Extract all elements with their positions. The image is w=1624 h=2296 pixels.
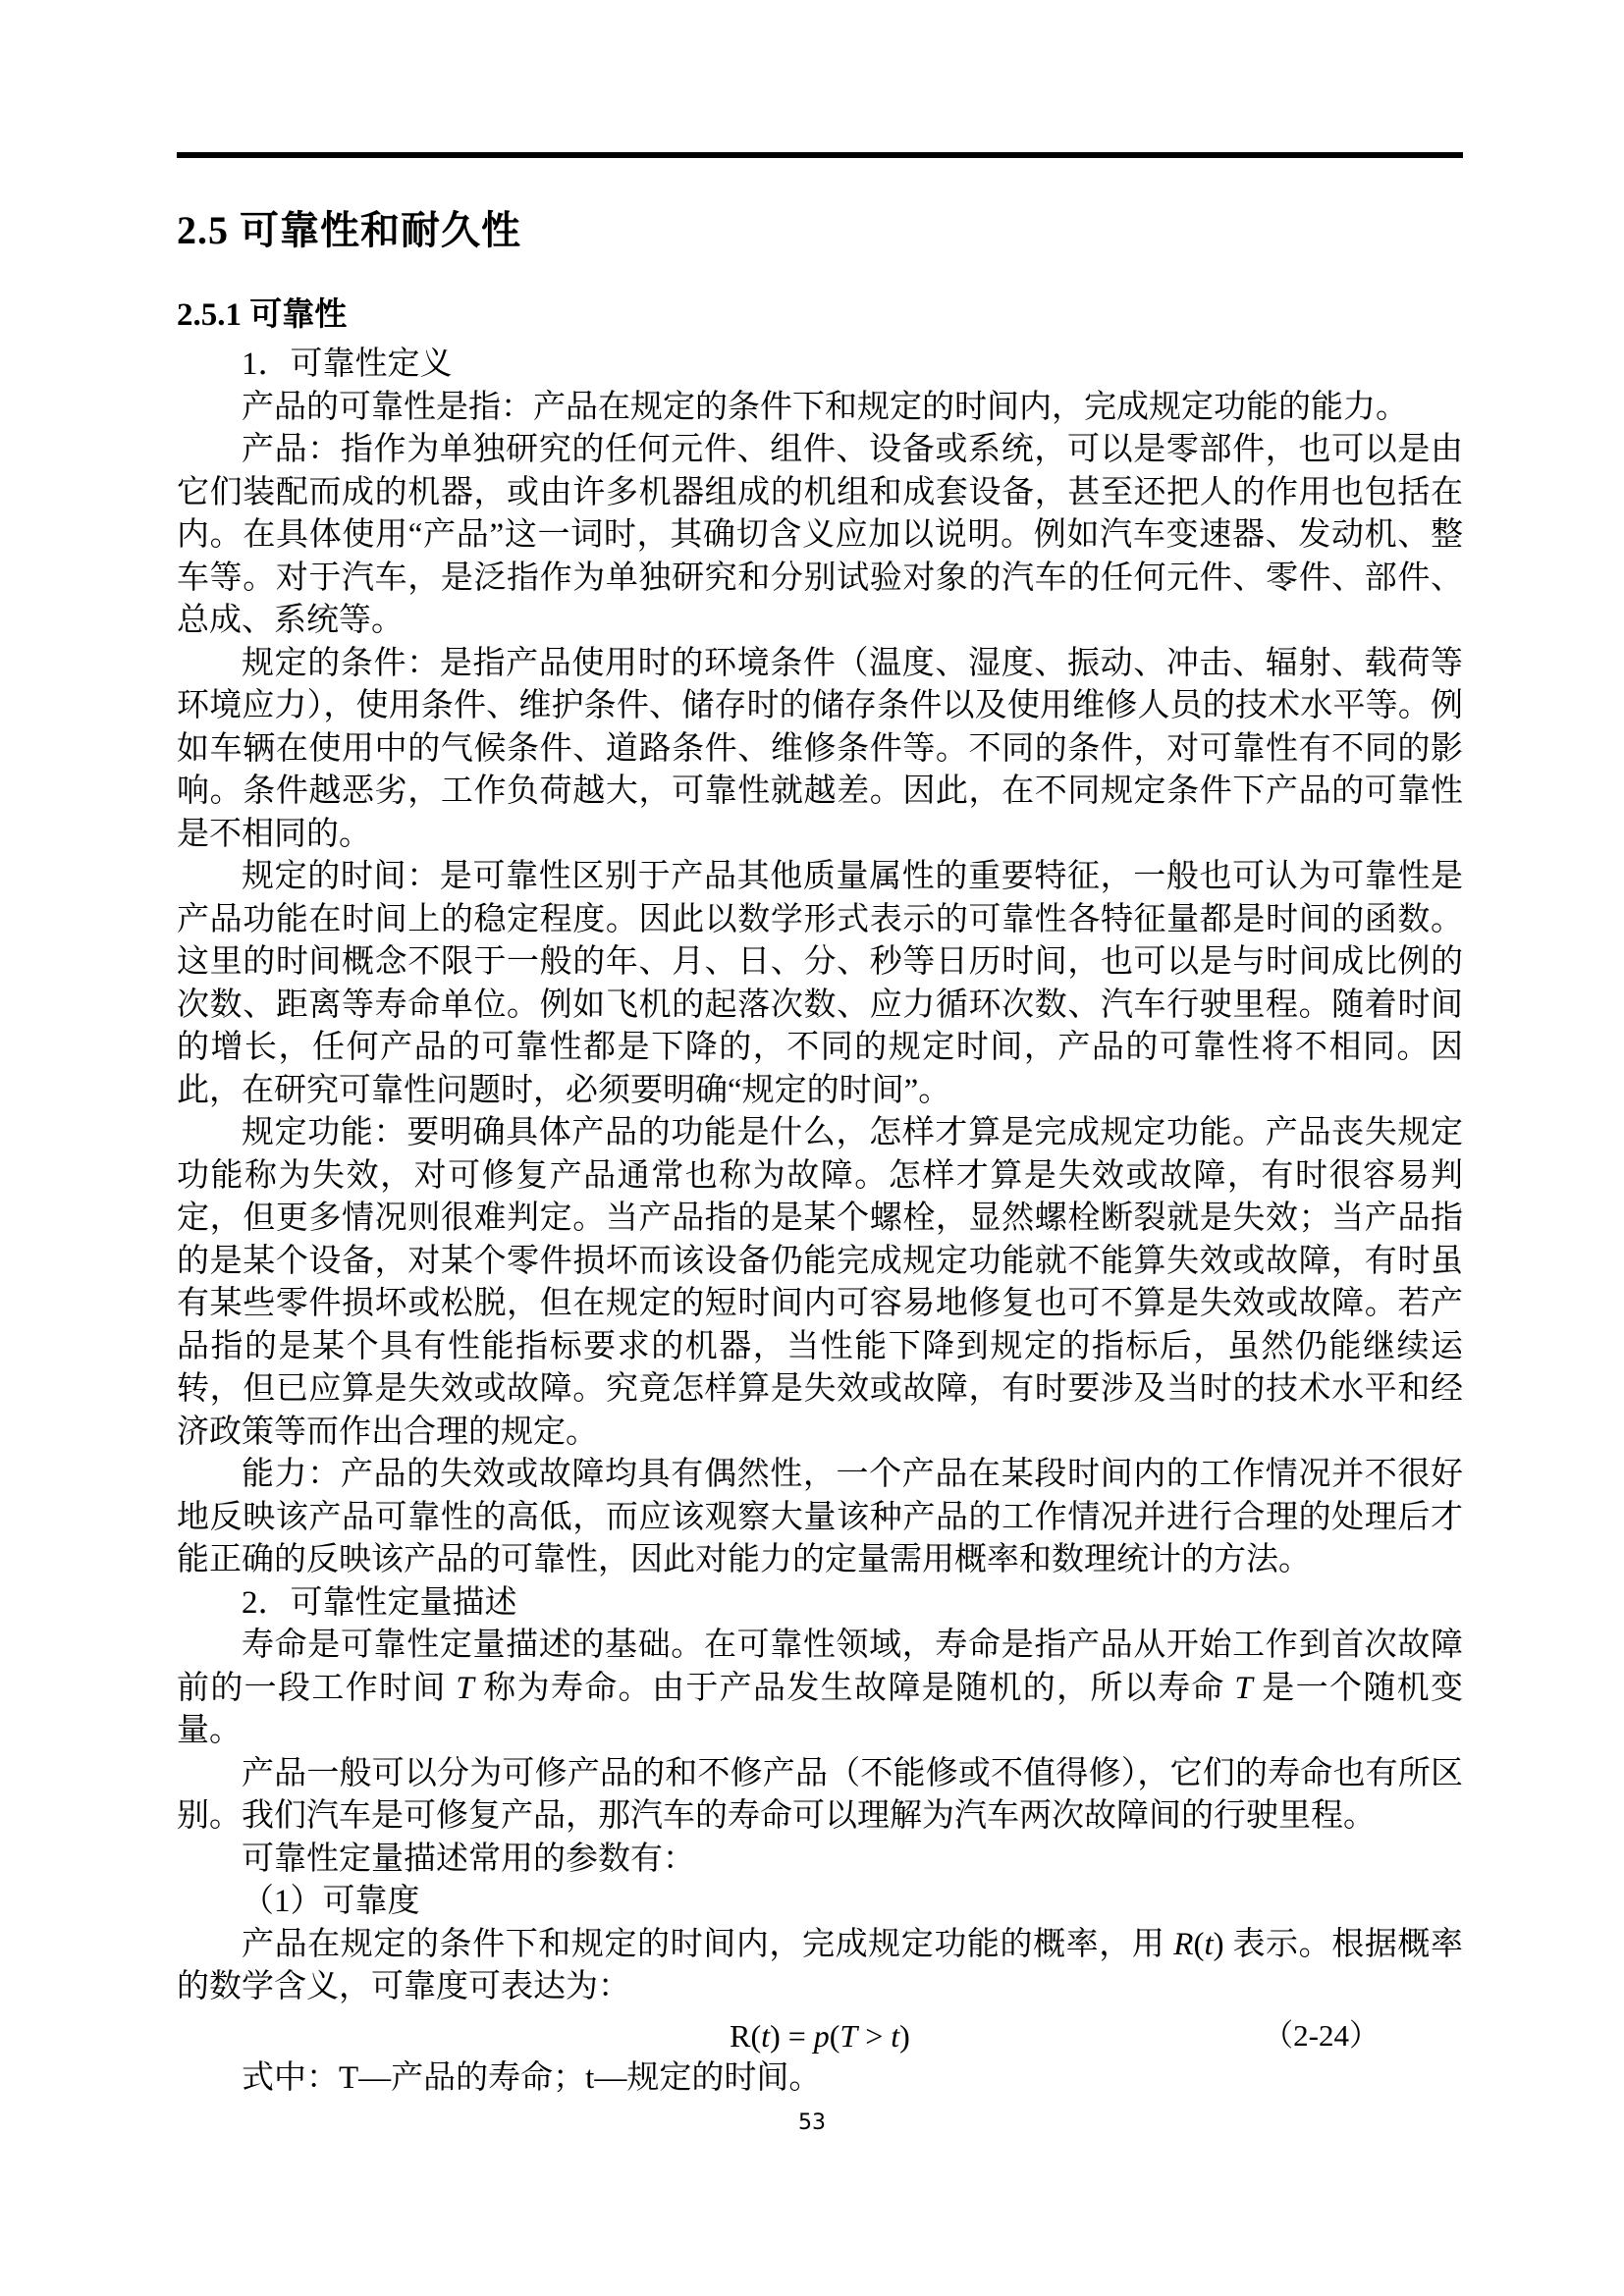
header-rule: [177, 152, 1463, 158]
paragraph-specified-time: 规定的时间：是可靠性区别于产品其他质量属性的重要特征，一般也可认为可靠性是产品功…: [177, 856, 1463, 1112]
paragraph-reliability-definition: 产品的可靠性是指：产品在规定的条件下和规定的时间内，完成规定功能的能力。: [177, 387, 1463, 430]
paragraph-ability: 能力：产品的失效或故障均具有偶然性，一个产品在某段时间内的工作情况并不很好地反映…: [177, 1454, 1463, 1582]
list-item-reliability-definition: 1．可靠性定义: [177, 344, 1463, 387]
paragraph-reliability-degree: 产品在规定的条件下和规定的时间内，完成规定功能的概率，用 R(t) 表示。根据概…: [177, 1924, 1463, 2009]
paragraph-specified-conditions: 规定的条件：是指产品使用时的环境条件（温度、湿度、振动、冲击、辐射、载荷等环境应…: [177, 643, 1463, 857]
list-item-reliability-degree: （1）可靠度: [177, 1881, 1463, 1924]
list-item-quantitative-description: 2．可靠性定量描述: [177, 1582, 1463, 1626]
paragraph-specified-function: 规定功能：要明确具体产品的功能是什么，怎样才算是完成规定功能。产品丧失规定功能称…: [177, 1112, 1463, 1454]
paragraph-parameters-intro: 可靠性定量描述常用的参数有：: [177, 1839, 1463, 1882]
equation: R(t) = p(T > t): [730, 2018, 910, 2054]
paragraph-where-clause: 式中：T—产品的寿命；t—规定的时间。: [177, 2057, 1463, 2101]
subsection-title: 2.5.1 可靠性: [177, 297, 1463, 333]
section-title: 2.5 可靠性和耐久性: [177, 209, 1463, 252]
paragraph-life: 寿命是可靠性定量描述的基础。在可靠性领域，寿命是指产品从开始工作到首次故障前的一…: [177, 1625, 1463, 1753]
equation-row: R(t) = p(T > t) （2-24）: [177, 2014, 1463, 2057]
equation-number: （2-24）: [1263, 2014, 1380, 2057]
document-page: 2.5 可靠性和耐久性 2.5.1 可靠性 1．可靠性定义 产品的可靠性是指：产…: [0, 0, 1624, 2296]
document-content: 2.5 可靠性和耐久性 2.5.1 可靠性 1．可靠性定义 产品的可靠性是指：产…: [177, 152, 1463, 2100]
page-number: 53: [0, 2110, 1624, 2135]
paragraph-repairable-products: 产品一般可以分为可修产品的和不修产品（不能修或不值得修），它们的寿命也有所区别。…: [177, 1753, 1463, 1839]
paragraph-product: 产品：指作为单独研究的任何元件、组件、设备或系统，可以是零部件，也可以是由它们装…: [177, 429, 1463, 643]
body-text: 1．可靠性定义 产品的可靠性是指：产品在规定的条件下和规定的时间内，完成规定功能…: [177, 344, 1463, 2100]
